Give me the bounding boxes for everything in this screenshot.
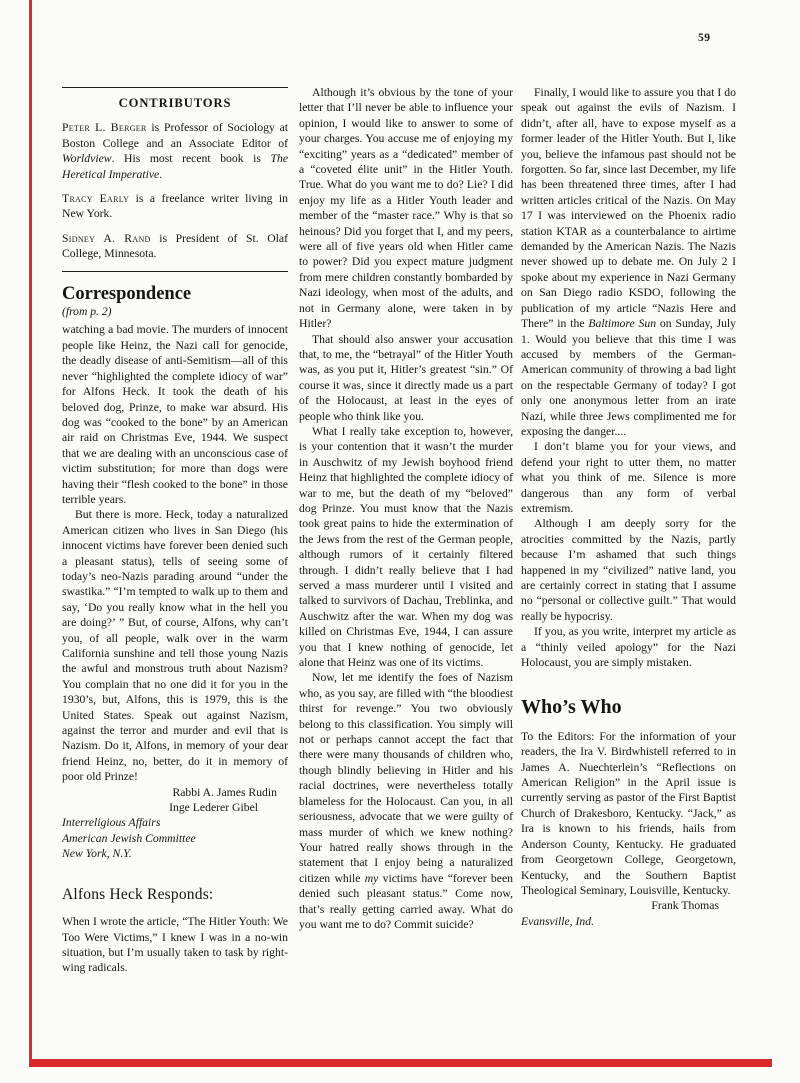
magazine-page: 59 CONTRIBUTORS Peter L. Berger is Profe… [0, 0, 800, 1083]
reply-paragraph: Although it’s obvious by the tone of you… [299, 85, 513, 332]
continued-from-note: (from p. 2) [62, 304, 288, 319]
red-left-border [29, 0, 32, 1067]
reply-paragraph: Although I am deeply sorry for the atroc… [521, 516, 736, 624]
reply-paragraph: Finally, I would like to assure you that… [521, 85, 736, 439]
contributors-heading: CONTRIBUTORS [62, 96, 288, 111]
reply-paragraph: I don’t blame you for your views, and de… [521, 439, 736, 516]
contributors-bottom-divider [62, 271, 288, 272]
letter-affiliation: New York, N.Y. [62, 846, 288, 861]
letter-signature: Inge Lederer Gibel [62, 800, 288, 815]
left-column: CONTRIBUTORS Peter L. Berger is Professo… [62, 85, 288, 1061]
reply-paragraph: Now, let me identify the foes of Nazism … [299, 670, 513, 932]
reply-paragraph: What I really take exception to, however… [299, 424, 513, 671]
correspondence-paragraph: But there is more. Heck, today a natural… [62, 507, 288, 784]
right-column: Finally, I would like to assure you that… [521, 85, 736, 1061]
heck-responds-paragraph: When I wrote the article, “The Hitler Yo… [62, 914, 288, 976]
correspondence-paragraph: watching a bad movie. The murders of inn… [62, 322, 288, 507]
contributor-bio-rand: Sidney A. Rand is President of St. Olaf … [62, 231, 288, 262]
reply-paragraph: That should also answer your accusation … [299, 332, 513, 424]
heck-responds-heading: Alfons Heck Responds: [62, 887, 288, 902]
whos-who-location: Evansville, Ind. [521, 914, 736, 929]
whos-who-signature: Frank Thomas [521, 898, 736, 913]
whos-who-heading: Who’s Who [521, 700, 736, 715]
correspondence-heading: Correspondence [62, 287, 288, 302]
middle-column: Although it’s obvious by the tone of you… [299, 85, 513, 1061]
reply-paragraph: If you, as you write, interpret my artic… [521, 624, 736, 670]
letter-affiliation: Interreligious Affairs [62, 815, 288, 830]
letter-affiliation: American Jewish Committee [62, 831, 288, 846]
contributor-bio-berger: Peter L. Berger is Professor of Sociolog… [62, 120, 288, 182]
whos-who-paragraph: To the Editors: For the information of y… [521, 729, 736, 898]
contributor-bio-early: Tracy Early is a freelance writer living… [62, 191, 288, 222]
letter-signature: Rabbi A. James Rudin [62, 785, 288, 800]
page-number: 59 [698, 32, 711, 44]
contributors-top-divider [62, 87, 288, 88]
